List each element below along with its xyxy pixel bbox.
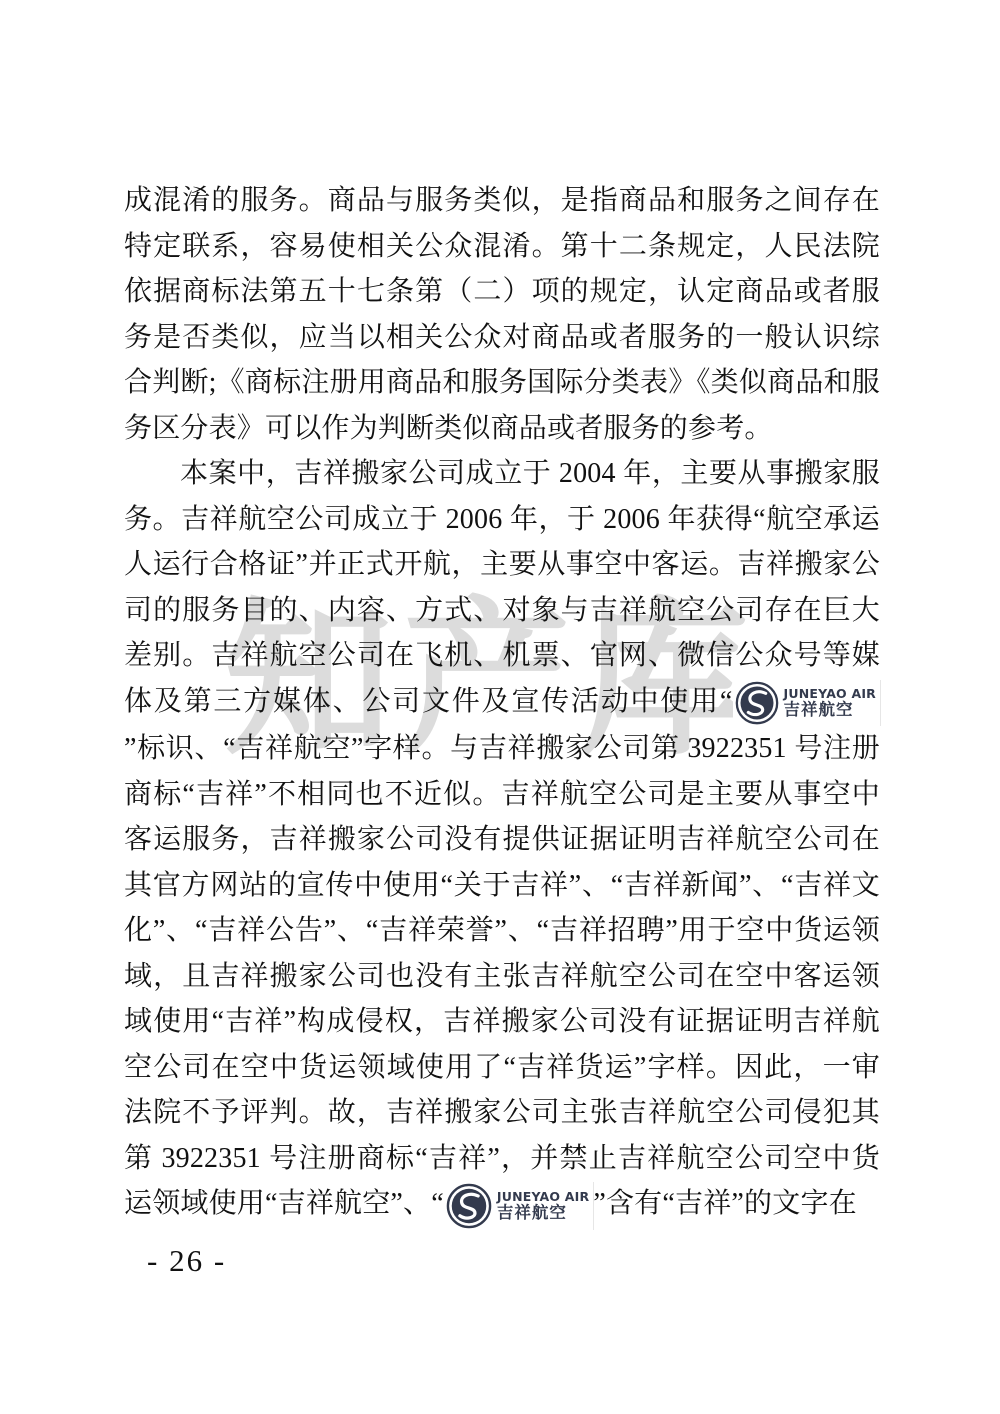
page-number: - 26 -	[147, 1243, 226, 1279]
juneyao-air-emblem-icon	[735, 681, 779, 725]
logo-zh-label: 吉祥航空	[784, 701, 876, 719]
paragraph-1: 成混淆的服务。商品与服务类似，是指商品和服务之间存在特定联系，容易使相关公众混淆…	[124, 178, 880, 451]
document-page: 知产库 成混淆的服务。商品与服务类似，是指商品和服务之间存在特定联系，容易使相关…	[0, 0, 1000, 1414]
juneyao-air-logo: JUNEYAO AIR吉祥航空	[733, 680, 880, 726]
juneyao-air-logo: JUNEYAO AIR吉祥航空	[444, 1182, 593, 1230]
paragraph-2-text-1: 本案中，吉祥搬家公司成立于 2004 年，主要从事搬家服务。吉祥航空公司成立于 …	[124, 458, 880, 717]
logo-en-label: JUNEYAO AIR	[784, 687, 876, 701]
paragraph-2: 本案中，吉祥搬家公司成立于 2004 年，主要从事搬家服务。吉祥航空公司成立于 …	[124, 451, 880, 1230]
juneyao-air-emblem-icon	[446, 1183, 492, 1229]
judgment-text: 成混淆的服务。商品与服务类似，是指商品和服务之间存在特定联系，容易使相关公众混淆…	[124, 178, 880, 1230]
paragraph-2-text-2: ”标识、“吉祥航空”字样。与吉祥搬家公司第 3922351 号注册商标“吉祥”不…	[124, 733, 880, 1219]
paragraph-2-text-3: ”含有“吉祥”的文字在	[593, 1188, 856, 1219]
logo-en-label: JUNEYAO AIR	[497, 1190, 589, 1204]
logo-zh-label: 吉祥航空	[497, 1204, 589, 1222]
paragraph-1-text: 成混淆的服务。商品与服务类似，是指商品和服务之间存在特定联系，容易使相关公众混淆…	[124, 185, 880, 444]
